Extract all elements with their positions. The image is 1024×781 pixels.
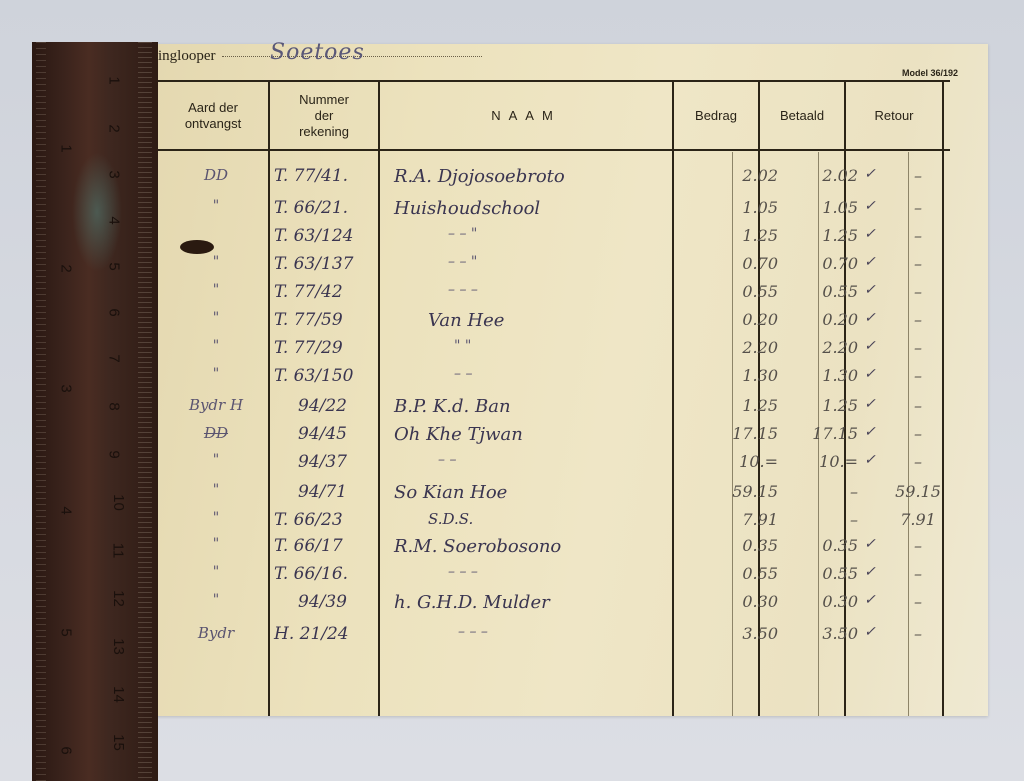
ruler-inch-label: 2 (58, 264, 75, 272)
paid-cell: 0.30 (798, 592, 858, 611)
amount-cell: 2.02 (718, 166, 778, 185)
table-row: " T. 66/17 R.M. Soerobosono 0.35 0.35 ✓ … (158, 536, 950, 563)
checkmark-icon: ✓ (864, 624, 884, 640)
aard-cell: Bydr (176, 624, 256, 642)
amount-cell: 0.20 (718, 310, 778, 329)
aard-cell: " (176, 282, 256, 298)
header-nummer: Nummer der rekening (270, 82, 378, 149)
ruler-inch-ticks (36, 42, 46, 781)
table-row: " 94/71 So Kian Hoe 59.15 – 59.15 (158, 482, 950, 509)
amount-cell: 0.30 (718, 592, 778, 611)
header-aard: Aard der ontvangst (158, 82, 268, 149)
name-cell: – – – (448, 564, 728, 580)
paid-cell: – (798, 482, 858, 501)
paid-cell: 2.20 (798, 338, 858, 357)
name-cell: – – – (448, 282, 728, 298)
account-number-cell: T. 77/41. (274, 166, 374, 186)
paid-cell: 1.05 (798, 198, 858, 217)
ruler-cm-label: 10 (110, 494, 127, 511)
aard-cell: " (176, 198, 256, 214)
name-cell: R.A. Djojosoebroto (394, 166, 674, 187)
name-cell: – – (438, 452, 718, 468)
ruler-inch-label: 3 (58, 384, 75, 392)
paid-cell: 2.02 (798, 166, 858, 185)
ruler-cm-label: 6 (106, 308, 123, 316)
form-model-number: Model 36/192 (902, 68, 958, 78)
header-bedrag: Bedrag (674, 82, 758, 149)
return-cell: – (888, 226, 948, 245)
return-cell: – (888, 424, 948, 443)
table-row: " T. 63/137 – – " 0.70 0.70 ✓ – (158, 254, 950, 281)
table-row: Bydr H 94/22 B.P. K.d. Ban 1.25 1.25 ✓ – (158, 396, 950, 423)
return-cell: – (888, 396, 948, 415)
paid-cell: 10.= (798, 452, 858, 471)
receipt-ledger-sheet: inglooper Soetoes Model 36/192 Aard der … (150, 44, 988, 716)
amount-cell: 1.05 (718, 198, 778, 217)
name-cell: R.M. Soerobosono (394, 536, 674, 557)
ruler-cm-label: 4 (106, 216, 123, 224)
return-cell: – (888, 166, 948, 185)
table-row: Bydr H. 21/24 – – – 3.50 3.50 ✓ – (158, 624, 950, 651)
checkmark-icon: ✓ (864, 254, 884, 270)
return-cell: – (888, 366, 948, 385)
aard-cell: " (176, 592, 256, 608)
table-row: DD T. 77/41. R.A. Djojosoebroto 2.02 2.0… (158, 166, 950, 193)
ruler-inch-label: 1 (58, 144, 75, 152)
return-cell: – (888, 536, 948, 555)
paid-cell: 1.25 (798, 396, 858, 415)
paid-cell: 0.55 (798, 564, 858, 583)
account-number-cell: 94/39 (298, 592, 398, 612)
amount-cell: 3.50 (718, 624, 778, 643)
return-cell: – (888, 592, 948, 611)
amount-cell: 0.35 (718, 536, 778, 555)
return-cell: 7.91 (888, 510, 948, 529)
amount-cell: 0.55 (718, 282, 778, 301)
name-cell: Huishoudschool (394, 198, 674, 219)
amount-cell: 2.20 (718, 338, 778, 357)
checkmark-icon: ✓ (864, 452, 884, 468)
paid-cell: – (798, 510, 858, 529)
name-cell: – – " (448, 226, 728, 242)
table-row: " T. 66/23 S.D.S. 7.91 – 7.91 (158, 510, 950, 537)
name-cell: B.P. K.d. Ban (394, 396, 674, 417)
amount-cell: 1.30 (718, 366, 778, 385)
table-row: " 94/39 h. G.H.D. Mulder 0.30 0.30 ✓ – (158, 592, 950, 619)
ruler-cm-ticks (138, 42, 152, 781)
aard-cell: " (176, 338, 256, 354)
measuring-ruler: 1 2 3 4 5 6 7 8 9 10 11 12 13 14 15 1 2 … (32, 42, 158, 781)
ruler-cm-label: 9 (106, 450, 123, 458)
amount-cell: 0.55 (718, 564, 778, 583)
ruler-cm-label: 7 (106, 354, 123, 362)
table-row: " T. 77/29 " " 2.20 2.20 ✓ – (158, 338, 950, 365)
amount-cell: 7.91 (718, 510, 778, 529)
amount-cell: 59.15 (718, 482, 778, 501)
checkmark-icon: ✓ (864, 536, 884, 552)
account-number-cell: T. 66/21. (274, 198, 374, 218)
table-row: " T. 63/150 – – 1.30 1.30 ✓ – (158, 366, 950, 393)
table-row: DD 94/45 Oh Khe Tjwan 17.15 17.15 ✓ – (158, 424, 950, 451)
amount-cell: 10.= (718, 452, 778, 471)
aard-cell: " (176, 510, 256, 526)
checkmark-icon: ✓ (864, 564, 884, 580)
account-number-cell: T. 77/59 (274, 310, 374, 330)
name-cell: – – – (458, 624, 738, 640)
account-number-cell: T. 66/16. (274, 564, 374, 584)
ruler-cm-label: 14 (110, 686, 127, 703)
checkmark-icon: ✓ (864, 282, 884, 298)
header-retour: Retour (846, 82, 942, 149)
name-cell: " " (454, 338, 734, 354)
amount-cell: 17.15 (718, 424, 778, 443)
account-number-cell: T. 63/124 (274, 226, 374, 246)
aard-cell: " (176, 452, 256, 468)
name-cell: h. G.H.D. Mulder (394, 592, 674, 613)
account-number-cell: T. 63/150 (274, 366, 374, 386)
aard-cell: " (176, 254, 256, 270)
return-cell: – (888, 282, 948, 301)
ruler-inch-label: 4 (58, 506, 75, 514)
account-number-cell: T. 66/23 (274, 510, 374, 530)
ruler-cm-label: 2 (106, 124, 123, 132)
ruler-cm-label: 15 (110, 734, 127, 751)
checkmark-icon: ✓ (864, 366, 884, 382)
return-cell: – (888, 254, 948, 273)
return-cell: – (888, 452, 948, 471)
ruler-inch-label: 6 (58, 746, 75, 754)
ruler-inch-label: 5 (58, 628, 75, 636)
table-row: " T. 77/59 Van Hee 0.20 0.20 ✓ – (158, 310, 950, 337)
return-cell: – (888, 198, 948, 217)
ruler-cm-label: 3 (106, 170, 123, 178)
aard-cell: DD (176, 424, 256, 442)
paid-cell: 0.70 (798, 254, 858, 273)
table-row: " T. 66/16. – – – 0.55 0.55 ✓ – (158, 564, 950, 591)
name-cell: Van Hee (428, 310, 708, 331)
return-cell: – (888, 564, 948, 583)
checkmark-icon: ✓ (864, 396, 884, 412)
aard-cell: " (176, 564, 256, 580)
amount-cell: 1.25 (718, 226, 778, 245)
return-cell: 59.15 (888, 482, 948, 501)
checkmark-icon: ✓ (864, 592, 884, 608)
ruler-cm-label: 1 (106, 76, 123, 84)
account-number-cell: T. 66/17 (274, 536, 374, 556)
account-number-cell: 94/71 (298, 482, 398, 502)
collector-name: Soetoes (270, 40, 365, 65)
name-cell: – – (454, 366, 734, 382)
ruler-cm-label: 13 (110, 638, 127, 655)
paid-cell: 1.30 (798, 366, 858, 385)
account-number-cell: T. 77/29 (274, 338, 374, 358)
name-cell: Oh Khe Tjwan (394, 424, 674, 445)
account-number-cell: 94/22 (298, 396, 398, 416)
name-cell: S.D.S. (428, 510, 708, 528)
account-number-cell: 94/45 (298, 424, 398, 444)
paid-cell: 3.50 (798, 624, 858, 643)
checkmark-icon: ✓ (864, 310, 884, 326)
return-cell: – (888, 624, 948, 643)
checkmark-icon: ✓ (864, 424, 884, 440)
name-cell: – – " (448, 254, 728, 270)
ledger-table: Aard der ontvangst Nummer der rekening N… (158, 80, 950, 716)
account-number-cell: H. 21/24 (274, 624, 374, 644)
account-number-cell: T. 63/137 (274, 254, 374, 274)
ruler-cm-label: 11 (109, 543, 126, 559)
return-cell: – (888, 338, 948, 357)
collector-label: inglooper (158, 48, 216, 64)
checkmark-icon: ✓ (864, 166, 884, 182)
aard-cell: DD (176, 166, 256, 184)
paid-cell: 0.55 (798, 282, 858, 301)
aard-cell: " (176, 366, 256, 382)
paid-cell: 0.20 (798, 310, 858, 329)
checkmark-icon: ✓ (864, 198, 884, 214)
paid-cell: 1.25 (798, 226, 858, 245)
paid-cell: 17.15 (798, 424, 858, 443)
header-naam: NAAM (380, 82, 672, 149)
table-row: " T. 77/42 – – – 0.55 0.55 ✓ – (158, 282, 950, 309)
ruler-cm-label: 8 (106, 402, 123, 410)
ink-blot-mark (180, 240, 214, 254)
ruler-cm-label: 12 (110, 590, 127, 607)
ruler-cm-label: 5 (106, 262, 123, 270)
table-row: " T. 66/21. Huishoudschool 1.05 1.05 ✓ – (158, 198, 950, 225)
account-number-cell: T. 77/42 (274, 282, 374, 302)
collector-line: inglooper Soetoes (158, 48, 482, 65)
aard-cell: " (176, 310, 256, 326)
header-betaald: Betaald (760, 82, 844, 149)
checkmark-icon: ✓ (864, 226, 884, 242)
account-number-cell: 94/37 (298, 452, 398, 472)
amount-cell: 0.70 (718, 254, 778, 273)
aard-cell: " (176, 482, 256, 498)
aard-cell: " (176, 536, 256, 552)
header-bottom-rule (158, 149, 950, 151)
name-cell: So Kian Hoe (394, 482, 674, 503)
table-row: " 94/37 – – 10.= 10.= ✓ – (158, 452, 950, 479)
checkmark-icon: ✓ (864, 338, 884, 354)
table-row: T. 63/124 – – " 1.25 1.25 ✓ – (158, 226, 950, 253)
return-cell: – (888, 310, 948, 329)
aard-cell: Bydr H (176, 396, 256, 414)
paid-cell: 0.35 (798, 536, 858, 555)
amount-cell: 1.25 (718, 396, 778, 415)
